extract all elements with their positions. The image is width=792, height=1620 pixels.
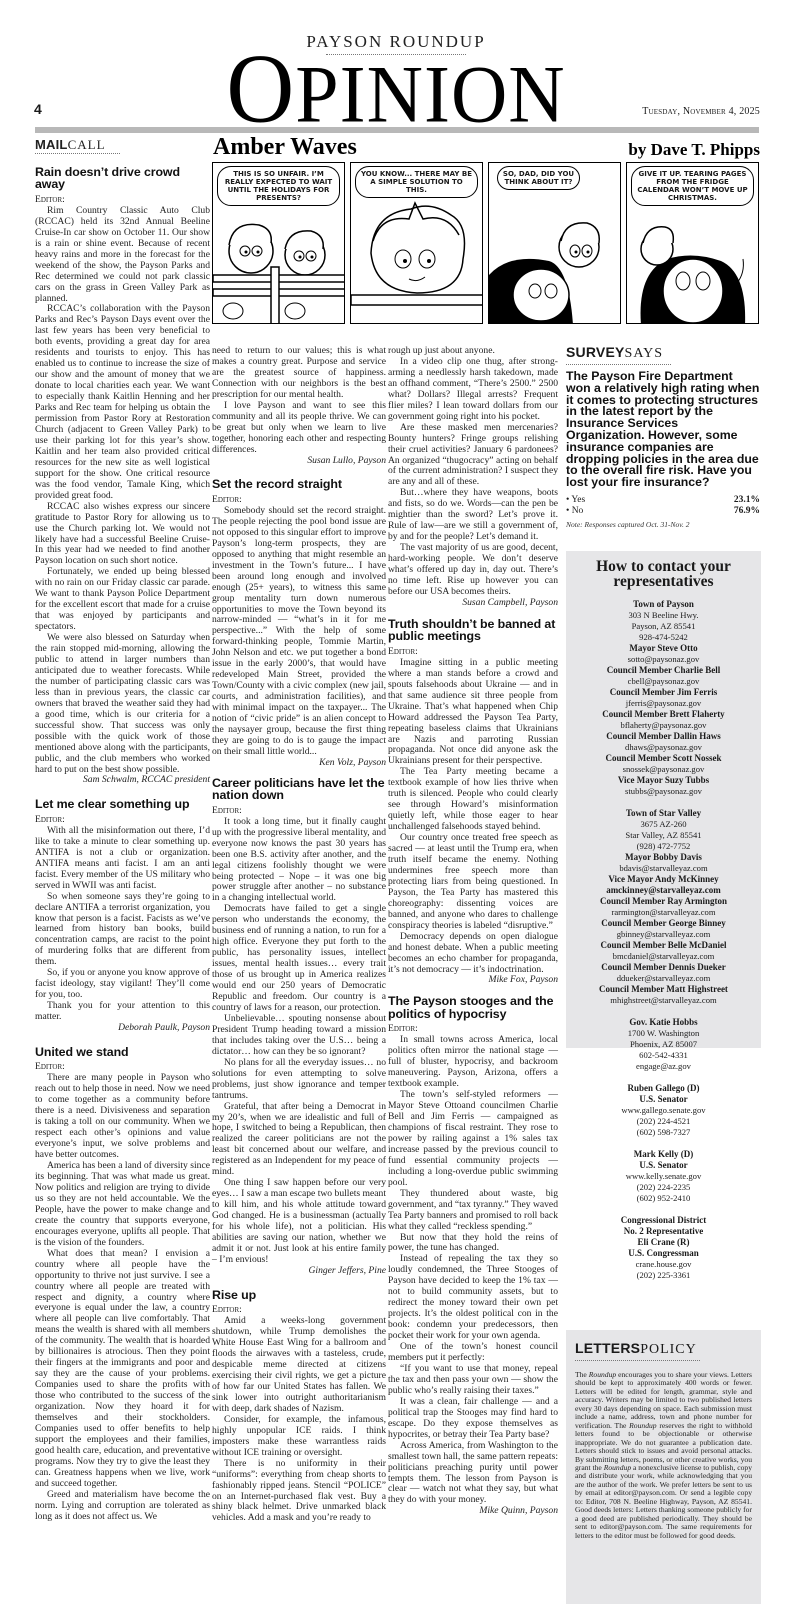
- letter-headline: The Payson stooges and the politics of h…: [388, 995, 558, 1020]
- town-of-star-valley: Town of Star Valley 3675 AZ-260 Star Val…: [566, 808, 761, 1006]
- letters-policy-text: The Roundup encourages you to share your…: [575, 1371, 752, 1540]
- letter: The Payson stooges and the politics of h…: [388, 995, 558, 1517]
- letter-headline: Rise up: [212, 1289, 386, 1302]
- letter: Let me clear something up Editor: With a…: [35, 798, 210, 1034]
- letter-paragraph: There is no uniformity in their “uniform…: [212, 1459, 386, 1525]
- letter-paragraph: It was a clean, fair challenge — and a p…: [388, 1397, 558, 1441]
- letter-signature: Susan Lullo, Payson: [212, 456, 386, 467]
- survey-question: The Payson Fire Department won a relativ…: [566, 371, 760, 489]
- letter-paragraph: Democrats have failed to get a single pe…: [212, 904, 386, 1014]
- speech-bubble: GIVE IT UP. TEARING PAGES FROM THE FRIDG…: [631, 166, 754, 206]
- email-link[interactable]: gbinney@starvalleyaz.com: [566, 929, 761, 940]
- comic-byline: by Dave T. Phipps: [628, 140, 760, 160]
- website-link[interactable]: crane.house.gov: [566, 1259, 761, 1270]
- letter-paragraph: In a video clip one thug, after strong-a…: [388, 357, 558, 423]
- mailcall-column-3: rough up just about anyone. In a video c…: [388, 346, 558, 1517]
- email-link[interactable]: bdavis@starvalleyaz.com: [566, 863, 761, 874]
- contacts-title: How to contact your representatives: [566, 559, 761, 589]
- congressman-crane-contact: Congressional District No. 2 Representat…: [566, 1215, 761, 1281]
- speech-bubble: THIS IS SO UNFAIR. I’M REALLY EXPECTED T…: [217, 166, 340, 206]
- letter-paragraph: In small towns across America, local pol…: [388, 1035, 558, 1090]
- letter-signature: Ginger Jeffers, Pine: [212, 1266, 386, 1277]
- letter: Rain doesn’t drive crowd away Editor: Ri…: [35, 166, 210, 786]
- email-link[interactable]: ddueker@starvalleyaz.com: [566, 973, 761, 984]
- letter-paragraph: “If you want to use that money, repeal t…: [388, 1364, 558, 1397]
- letter-headline: Truth shouldn’t be banned at public meet…: [388, 618, 558, 643]
- email-link[interactable]: cbell@paysonaz.gov: [566, 676, 761, 687]
- survey-result-no: 76.9%: [734, 506, 760, 516]
- letter-signature: Mike Quinn, Payson: [388, 1506, 558, 1517]
- letter-headline: Career politicians have let the nation d…: [212, 777, 386, 802]
- letter-paragraph: RCCAC’s collaboration with the Payson Pa…: [35, 304, 210, 501]
- issue-date: Tuesday, November 4, 2025: [642, 106, 760, 117]
- comic-panel-1: THIS IS SO UNFAIR. I’M REALLY EXPECTED T…: [212, 162, 345, 324]
- website-link[interactable]: www.gallego.senate.gov: [566, 1105, 761, 1116]
- letter: Rise up Editor: Amid a weeks-long govern…: [212, 1289, 386, 1525]
- survey-option-no: • No 76.9%: [566, 506, 760, 516]
- letter-paragraph: Thank you for your attention to this mat…: [35, 1001, 210, 1023]
- page-number: 4: [34, 101, 42, 117]
- mailcall-column-1: MAILCALL Rain doesn’t drive crowd away E…: [35, 138, 210, 1523]
- speech-bubble: YOU KNOW... THERE MAY BE A SIMPLE SOLUTI…: [355, 166, 478, 198]
- letter: Set the record straight Editor: Somebody…: [212, 478, 386, 768]
- letter-paragraph: Unbelievable… spouting nonsense about Pr…: [212, 1014, 386, 1058]
- letter-paragraph: Amid a weeks-long government shutdown, w…: [212, 1316, 386, 1415]
- letter-signature: Sam Schwalm, RCCAC president: [35, 775, 210, 786]
- letter-paragraph: Greed and materialism have become the no…: [35, 1490, 210, 1523]
- letter-paragraph: But…where they have weapons, boots and f…: [388, 488, 558, 543]
- letter-paragraph: Consider, for example, the infamous, hig…: [212, 1415, 386, 1459]
- letter-paragraph: They thundered about waste, big governme…: [388, 1189, 558, 1233]
- letter-paragraph: One of the town’s honest council members…: [388, 1342, 558, 1364]
- letter-paragraph: One thing I saw happen before our very e…: [212, 1178, 386, 1266]
- letter-paragraph: Fortunately, we ended up being blessed w…: [35, 567, 210, 633]
- letter-paragraph: Instead of repealing the tax they so lou…: [388, 1254, 558, 1342]
- comic-panel-4: GIVE IT UP. TEARING PAGES FROM THE FRIDG…: [626, 162, 759, 324]
- survey-note: Note: Responses captured Oct. 31-Nov. 2: [566, 520, 760, 529]
- letter-signature: Deborah Paulk, Payson: [35, 1023, 210, 1034]
- email-link[interactable]: jferris@paysonaz.gov: [566, 698, 761, 709]
- letter-paragraph: RCCAC also wishes express our sincere gr…: [35, 502, 210, 568]
- speech-bubble: SO, DAD, DID YOU THINK ABOUT IT?: [497, 166, 580, 190]
- email-link[interactable]: mhighstreet@starvalleyaz.com: [566, 995, 761, 1006]
- letter-paragraph: So when someone says they’re going to de…: [35, 892, 210, 969]
- survey-option-yes: • Yes 23.1%: [566, 495, 760, 505]
- letters-policy-box: LETTERSPOLICY The Roundup encourages you…: [566, 1330, 761, 1604]
- letter-paragraph: The vast majority of us are good, decent…: [388, 543, 558, 598]
- letter-headline: Rain doesn’t drive crowd away: [35, 166, 210, 191]
- letter-paragraph: Somebody should set the record straight.…: [212, 506, 386, 758]
- comic-panel-2: YOU KNOW... THERE MAY BE A SIMPLE SOLUTI…: [350, 162, 483, 324]
- letter-paragraph: America has been a land of diversity sin…: [35, 1161, 210, 1249]
- label-divider: [566, 364, 671, 365]
- contact-representatives-box: How to contact your representatives Town…: [566, 551, 761, 1048]
- letter-paragraph-continued: need to return to our values; this is wh…: [212, 346, 386, 401]
- letters-policy-label: LETTERSPOLICY: [575, 1340, 752, 1358]
- email-link[interactable]: dhaws@paysonaz.gov: [566, 742, 761, 753]
- email-link[interactable]: snossek@paysonaz.gov: [566, 764, 761, 775]
- email-link[interactable]: bflaherty@paysonaz.gov: [566, 720, 761, 731]
- senator-gallego-contact: Ruben Gallego (D) U.S. Senator www.galle…: [566, 1083, 761, 1138]
- letter-headline: Let me clear something up: [35, 798, 210, 811]
- comic-strip: THIS IS SO UNFAIR. I’M REALLY EXPECTED T…: [212, 162, 759, 324]
- header-rule: [35, 127, 759, 133]
- letter-paragraph: With all the misinformation out there, I…: [35, 826, 210, 892]
- letter-signature: Susan Campbell, Payson: [388, 598, 558, 609]
- survey-result-yes: 23.1%: [734, 495, 760, 505]
- letter-paragraph: Our country once treated free speech as …: [388, 833, 558, 932]
- letter-paragraph: There are many people in Payson who reac…: [35, 1073, 210, 1161]
- mailcall-label: MAILCALL: [35, 140, 210, 151]
- letter-paragraph: Across America, from Washington to the s…: [388, 1441, 558, 1507]
- letter-paragraph: Rim Country Classic Auto Club (RCCAC) he…: [35, 206, 210, 305]
- email-link[interactable]: amckinney@starvalleyaz.com: [566, 885, 761, 896]
- email-link[interactable]: stubbs@paysonaz.gov: [566, 786, 761, 797]
- letter-paragraph: Grateful, that after being a Democrat in…: [212, 1102, 386, 1179]
- letter-paragraph: What does that mean? I envision a countr…: [35, 1249, 210, 1490]
- letter-signature: Mike Fox, Payson: [388, 975, 558, 986]
- letter-headline: Set the record straight: [212, 478, 386, 491]
- letter-paragraph: Imagine sitting in a public meeting wher…: [388, 658, 558, 768]
- letter-paragraph: But now that they hold the reins of powe…: [388, 1233, 558, 1255]
- letter: United we stand Editor: There are many p…: [35, 1046, 210, 1523]
- letter-paragraph: No plans for all the everyday issues… no…: [212, 1058, 386, 1102]
- comic-title: Amber Waves: [213, 134, 357, 161]
- letter: Truth shouldn’t be banned at public meet…: [388, 618, 558, 987]
- letter-paragraph: The town’s self-styled reformers — Mayor…: [388, 1090, 558, 1189]
- senator-kelly-contact: Mark Kelly (D) U.S. Senator www.kelly.se…: [566, 1149, 761, 1204]
- letter-paragraph: The Tea Party meeting became a textbook …: [388, 767, 558, 833]
- letter-paragraph: It took a long time, but it finally caug…: [212, 817, 386, 905]
- website-link[interactable]: www.kelly.senate.gov: [566, 1171, 761, 1182]
- section-title: OPINION: [0, 48, 792, 135]
- letter-signature: Ken Volz, Payson: [212, 758, 386, 769]
- letter-paragraph: Democracy depends on open dialogue and h…: [388, 932, 558, 976]
- letter-paragraph: So, if you or anyone you know approve of…: [35, 968, 210, 1001]
- email-link[interactable]: sotto@paysonaz.gov: [566, 654, 761, 665]
- letter-headline: United we stand: [35, 1046, 210, 1059]
- label-divider: [575, 1360, 700, 1361]
- comic-panel-3: SO, DAD, DID YOU THINK ABOUT IT?: [488, 162, 621, 324]
- governor-contact: Gov. Katie Hobbs 1700 W. Washington Phoe…: [566, 1017, 761, 1072]
- letter: Career politicians have let the nation d…: [212, 777, 386, 1277]
- email-link[interactable]: bmcdaniel@starvalleyaz.com: [566, 951, 761, 962]
- mailcall-column-2: need to return to our values; this is wh…: [212, 346, 386, 1524]
- email-link[interactable]: rarmington@starvalleyaz.com: [566, 907, 761, 918]
- survey-label: SURVEYSAYS: [566, 344, 760, 362]
- survey-box: SURVEYSAYS The Payson Fire Department wo…: [566, 344, 760, 529]
- label-divider: [35, 153, 120, 154]
- letter-paragraph: Are these masked men mercenaries? Bounty…: [388, 423, 558, 489]
- email-link[interactable]: engage@az.gov: [566, 1061, 761, 1072]
- letter-paragraph: We were also blessed on Saturday when th…: [35, 633, 210, 775]
- town-of-payson: Town of Payson 303 N Beeline Hwy. Payson…: [566, 599, 761, 797]
- letter-paragraph: I love Payson and want to see this commu…: [212, 401, 386, 456]
